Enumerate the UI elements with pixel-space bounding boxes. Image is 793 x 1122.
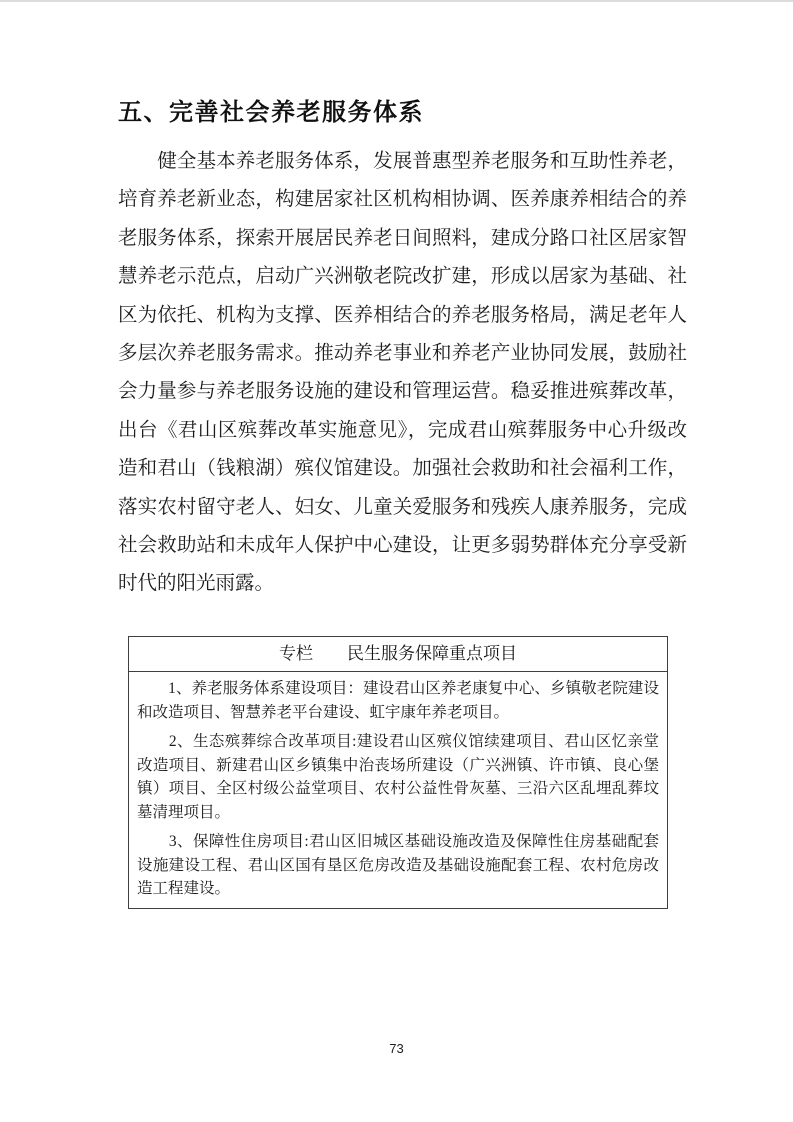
box-item-2: 2、生态殡葬综合改革项目:建设君山区殡仪馆续建项目、君山区忆亲堂 改造项目、新建… <box>137 730 659 824</box>
box-header-label: 专栏 <box>279 644 313 663</box>
item-line: 和改造项目、智慧养老平台建设、虹宇康年养老项目。 <box>137 701 659 725</box>
highlight-box-key-projects: 专栏民生服务保障重点项目 1、养老服务体系建设项目：建设君山区养老康复中心、乡镇… <box>128 636 668 909</box>
box-item-1: 1、养老服务体系建设项目：建设君山区养老康复中心、乡镇敬老院建设 和改造项目、智… <box>137 677 659 724</box>
paragraph-line: 区为依托、机构为支撑、医养相结合的养老服务格局，满足老年人 <box>118 297 687 335</box>
paragraph-line: 慧养老示范点，启动广兴洲敬老院改扩建，形成以居家为基础、社 <box>118 258 687 296</box>
paragraph-line: 多层次养老服务需求。推动养老事业和养老产业协同发展，鼓励社 <box>118 335 687 373</box>
paragraph-line: 会力量参与养老服务设施的建设和管理运营。稳妥推进殡葬改革， <box>118 373 687 411</box>
paragraph-line: 老服务体系，探索开展居民养老日间照料，建成分路口社区居家智 <box>118 220 687 258</box>
item-line: 1、养老服务体系建设项目：建设君山区养老康复中心、乡镇敬老院建设 <box>137 677 659 701</box>
item-line: 造工程建设。 <box>137 877 659 901</box>
box-header-title: 民生服务保障重点项目 <box>347 644 517 663</box>
item-line: 镇）项目、全区村级公益堂项目、农村公益性骨灰墓、三沿六区乱埋乱葬坟 <box>137 777 659 801</box>
box-header: 专栏民生服务保障重点项目 <box>129 637 667 672</box>
item-line: 墓清理项目。 <box>137 801 659 825</box>
box-body: 1、养老服务体系建设项目：建设君山区养老康复中心、乡镇敬老院建设 和改造项目、智… <box>129 672 667 908</box>
paragraph-line: 时代的阳光雨露。 <box>118 565 687 603</box>
item-line: 设施建设工程、君山区国有垦区危房改造及基础设施配套工程、农村危房改 <box>137 854 659 878</box>
document-page: 五、完善社会养老服务体系 健全基本养老服务体系，发展普惠型养老服务和互助性养老，… <box>0 0 793 1122</box>
paragraph-line: 社会救助站和未成年人保护中心建设，让更多弱势群体充分享受新 <box>118 527 687 565</box>
section-heading: 五、完善社会养老服务体系 <box>118 92 424 127</box>
page-top-edge-divider <box>0 0 793 2</box>
item-line: 3、保障性住房项目:君山区旧城区基础设施改造及保障性住房基础配套 <box>137 830 659 854</box>
paragraph-line: 出台《君山区殡葬改革实施意见》，完成君山殡葬服务中心升级改 <box>118 412 687 450</box>
paragraph-line: 健全基本养老服务体系，发展普惠型养老服务和互助性养老， <box>118 143 687 181</box>
box-item-3: 3、保障性住房项目:君山区旧城区基础设施改造及保障性住房基础配套 设施建设工程、… <box>137 830 659 901</box>
body-paragraph: 健全基本养老服务体系，发展普惠型养老服务和互助性养老， 培育养老新业态，构建居家… <box>118 143 687 604</box>
page-number: 73 <box>0 1041 793 1056</box>
paragraph-line: 造和君山（钱粮湖）殡仪馆建设。加强社会救助和社会福利工作， <box>118 450 687 488</box>
item-line: 2、生态殡葬综合改革项目:建设君山区殡仪馆续建项目、君山区忆亲堂 <box>137 730 659 754</box>
paragraph-line: 培育养老新业态，构建居家社区机构相协调、医养康养相结合的养 <box>118 181 687 219</box>
paragraph-line: 落实农村留守老人、妇女、儿童关爱服务和残疾人康养服务，完成 <box>118 489 687 527</box>
item-line: 改造项目、新建君山区乡镇集中治丧场所建设（广兴洲镇、许市镇、良心堡 <box>137 754 659 778</box>
